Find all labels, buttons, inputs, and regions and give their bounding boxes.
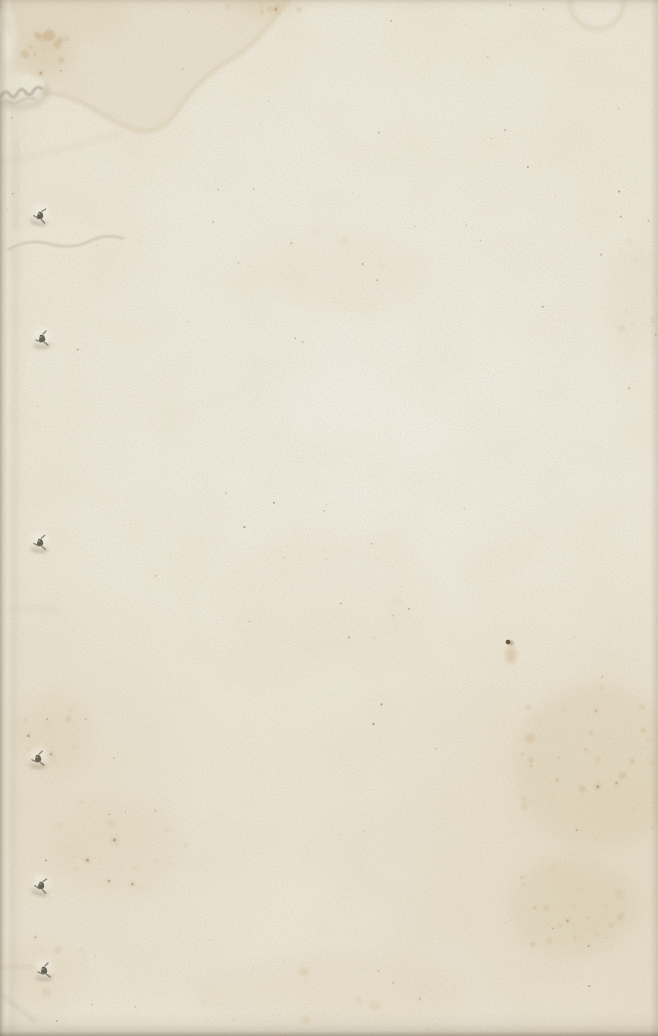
scanned-book-page: [0, 0, 658, 1036]
paper-grain-texture: [0, 0, 658, 1036]
paper-artwork-layer: [0, 0, 658, 1036]
